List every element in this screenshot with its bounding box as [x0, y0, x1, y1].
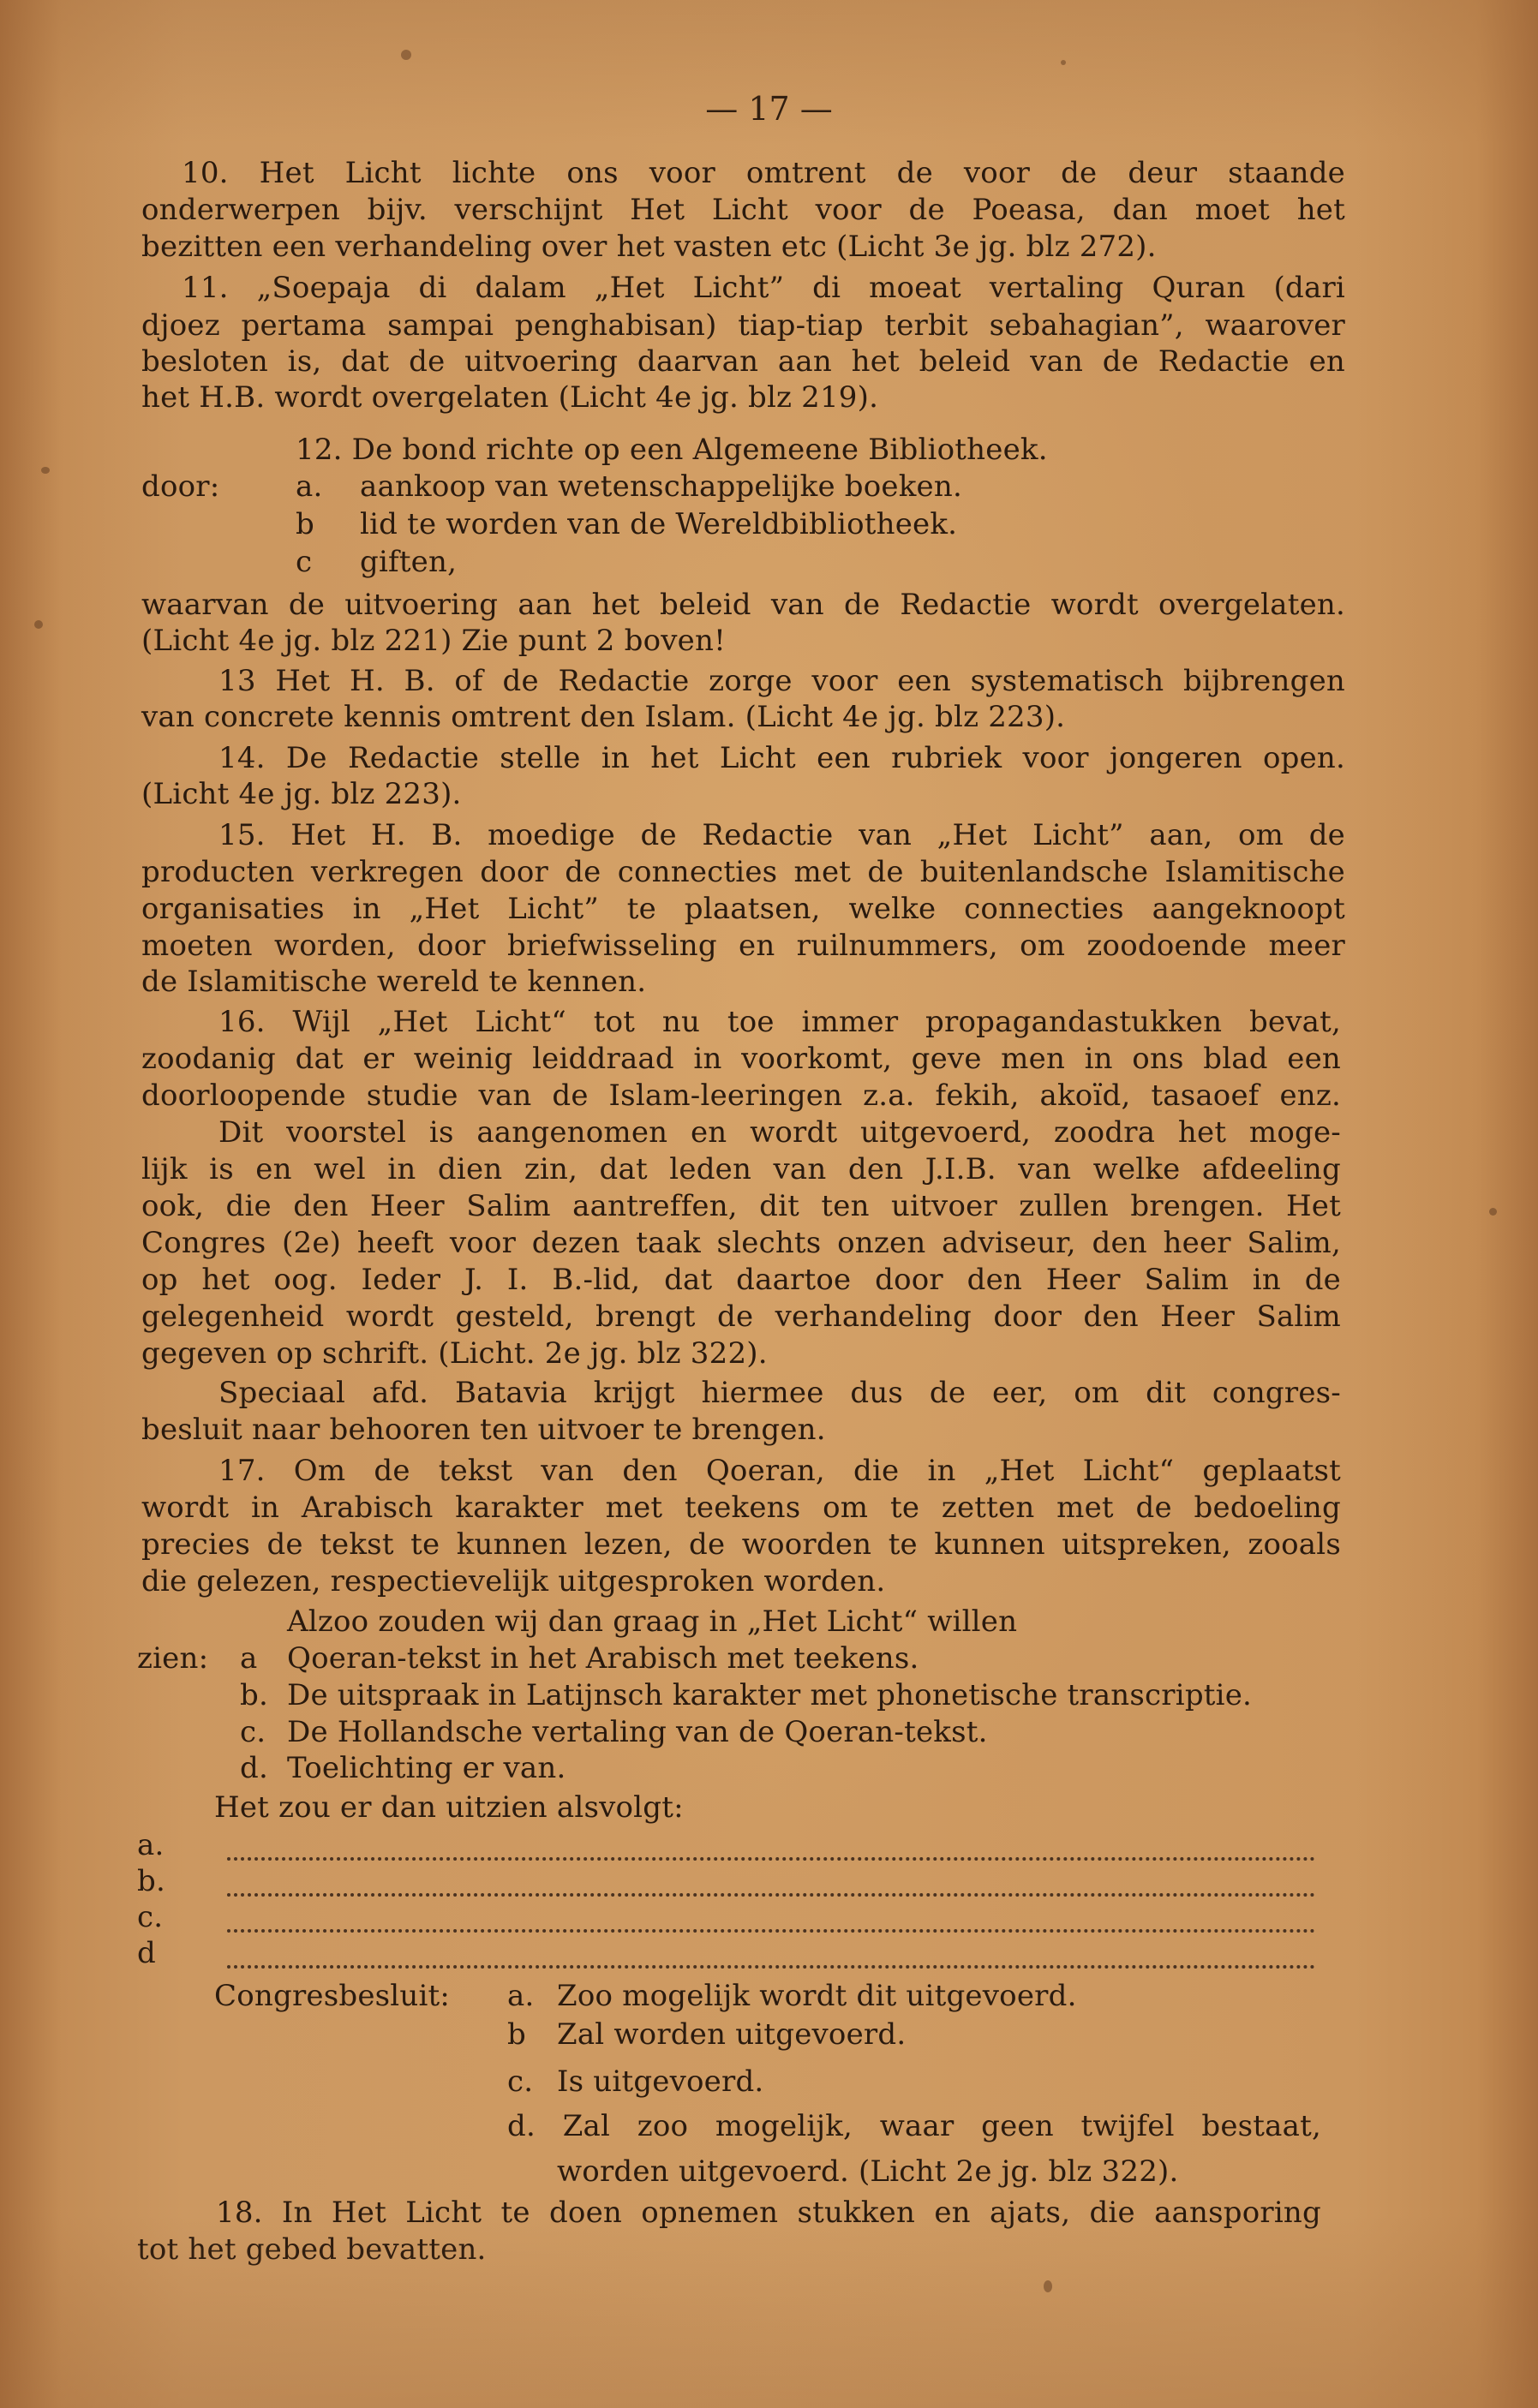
item-12-tail-1: waarvan de uitvoering aan het beleid van…	[141, 588, 1345, 622]
item-11-line-3: besloten is, dat de uitvoering daarvan a…	[141, 344, 1345, 379]
example-dotted-line-d	[227, 1965, 1315, 1969]
item-15-line-1: 15. Het H. B. moedige de Redactie van „H…	[218, 818, 1345, 852]
besluit-d-content: Zal zoo mogelijk, waar geen twijfel best…	[563, 2109, 1321, 2143]
item-17-line-4: die gelezen, respectievelijk uitgesproke…	[141, 1564, 885, 1598]
item-16-line-12: besluit naar behooren ten uitvoer te bre…	[141, 1413, 826, 1447]
paper-speck	[34, 620, 43, 629]
example-dotted-line-c	[227, 1929, 1315, 1933]
item-16-line-5: lijk is en wel in dien zin, dat leden va…	[141, 1152, 1341, 1186]
paper-speck	[1044, 2280, 1052, 2292]
item-17-sub-c-mark: c.	[240, 1715, 266, 1749]
item-17-example-intro: Het zou er dan uitzien alsvolgt:	[214, 1790, 684, 1825]
besluit-a-mark: a.	[507, 1979, 534, 2013]
item-10-line-1: 10. Het Licht lichte ons voor omtrent de…	[182, 156, 1345, 190]
item-17-line-5: Alzoo zouden wij dan graag in „Het Licht…	[287, 1604, 1017, 1639]
item-14-line-2: (Licht 4e jg. blz 223).	[141, 777, 462, 811]
item-17-zien-label: zien:	[137, 1641, 208, 1676]
item-12-sub-a-text: aankoop van wetenschappelijke boeken.	[360, 469, 962, 504]
item-17-line-3: precies de tekst te kunnen lezen, de woo…	[141, 1527, 1341, 1562]
besluit-a-text: Zoo mogelijk wordt dit uitgevoerd.	[557, 1979, 1077, 2013]
item-15-line-5: de Islamitische wereld te kennen.	[141, 965, 646, 999]
item-11-line-1: 11. „Soepaja di dalam „Het Licht” di moe…	[182, 271, 1345, 305]
example-mark-a: a.	[137, 1828, 164, 1862]
besluit-b-mark: b	[507, 2017, 526, 2052]
example-dotted-line-a	[227, 1857, 1315, 1861]
item-11-line-4: het H.B. wordt overgelaten (Licht 4e jg.…	[141, 380, 878, 415]
item-13-line-2: van concrete kennis omtrent den Islam. (…	[141, 700, 1065, 734]
item-12-heading: 12. De bond richte op een Algemeene Bibl…	[296, 433, 1048, 467]
item-17-sub-a-mark: a	[240, 1641, 257, 1676]
item-12-sub-a-mark: a.	[296, 469, 322, 504]
item-13-line-1: 13 Het H. B. of de Redactie zorge voor e…	[218, 664, 1345, 698]
besluit-c-text: Is uitgevoerd.	[557, 2064, 763, 2099]
item-12-door-label: door:	[141, 469, 219, 504]
item-15-line-2: producten verkregen door de connecties m…	[141, 855, 1345, 889]
besluit-d-text: d. Zal zoo mogelijk, waar geen twijfel b…	[507, 2109, 1321, 2143]
paper-speck	[1489, 1208, 1497, 1216]
besluit-c-mark: c.	[507, 2064, 533, 2099]
paper-speck	[1061, 60, 1066, 65]
item-12-tail-2: (Licht 4e jg. blz 221) Zie punt 2 boven!	[141, 624, 726, 658]
document-page: — 17 — 10. Het Licht lichte ons voor omt…	[0, 0, 1538, 2408]
item-15-line-3: organisaties in „Het Licht” te plaatsen,…	[141, 892, 1345, 926]
item-10-line-3: bezitten een verhandeling over het vaste…	[141, 230, 1157, 264]
paper-speck	[41, 467, 50, 474]
item-16-line-11: Speciaal afd. Batavia krijgt hiermee dus…	[218, 1376, 1341, 1410]
item-15-line-4: moeten worden, door briefwisseling en ru…	[141, 929, 1345, 963]
congresbesluit-label: Congresbesluit:	[214, 1979, 450, 2013]
item-17-sub-c-text: De Hollandsche vertaling van de Qoeran-t…	[287, 1715, 988, 1749]
item-10-line-2: onderwerpen bijv. verschijnt Het Licht v…	[141, 193, 1345, 227]
besluit-d-continuation: worden uitgevoerd. (Licht 2e jg. blz 322…	[557, 2154, 1179, 2189]
item-17-line-2: wordt in Arabisch karakter met teekens o…	[141, 1491, 1341, 1525]
item-16-line-8: op het oog. Ieder J. I. B.-lid, dat daar…	[141, 1263, 1341, 1297]
besluit-d-mark: d.	[507, 2109, 536, 2143]
item-16-line-10: gegeven op schrift. (Licht. 2e jg. blz 3…	[141, 1336, 768, 1371]
item-17-line-1: 17. Om de tekst van den Qoeran, die in „…	[218, 1454, 1341, 1488]
item-17-sub-d-text: Toelichting er van.	[287, 1751, 566, 1785]
besluit-b-text: Zal worden uitgevoerd.	[557, 2017, 906, 2052]
example-mark-d: d	[137, 1936, 156, 1970]
item-11-line-2: djoez pertama sampai penghabisan) tiap-t…	[141, 308, 1345, 343]
item-18-line-2: tot het gebed bevatten.	[137, 2232, 487, 2267]
item-16-line-3: doorloopende studie van de Islam-leering…	[141, 1079, 1341, 1113]
item-16-line-2: zoodanig dat er weinig leiddraad in voor…	[141, 1042, 1341, 1076]
item-16-line-1: 16. Wijl „Het Licht“ tot nu toe immer pr…	[218, 1005, 1341, 1039]
paper-speck	[401, 50, 411, 60]
example-dotted-line-b	[227, 1893, 1315, 1897]
item-16-line-7: Congres (2e) heeft voor dezen taak slech…	[141, 1226, 1341, 1260]
item-12-sub-c-text: giften,	[360, 545, 457, 579]
item-18-line-1: 18. In Het Licht te doen opnemen stukken…	[216, 2196, 1321, 2230]
example-mark-b: b.	[137, 1864, 165, 1898]
item-16-line-9: gelegenheid wordt gesteld, brengt de ver…	[141, 1300, 1341, 1334]
item-17-sub-b-text: De uitspraak in Latijnsch karakter met p…	[287, 1678, 1252, 1712]
item-12-sub-b-text: lid te worden van de Wereldbibliotheek.	[360, 507, 957, 541]
item-16-line-4: Dit voorstel is aangenomen en wordt uitg…	[218, 1115, 1341, 1150]
item-12-sub-b-mark: b	[296, 507, 314, 541]
item-17-sub-a-text: Qoeran-tekst in het Arabisch met teekens…	[287, 1641, 919, 1676]
item-12-sub-c-mark: c	[296, 545, 312, 579]
item-14-line-1: 14. De Redactie stelle in het Licht een …	[218, 741, 1345, 775]
item-17-sub-b-mark: b.	[240, 1678, 268, 1712]
example-mark-c: c.	[137, 1900, 163, 1934]
item-16-line-6: ook, die den Heer Salim aantreffen, dit …	[141, 1189, 1341, 1223]
item-17-sub-d-mark: d.	[240, 1751, 268, 1785]
page-number: — 17 —	[0, 90, 1538, 128]
